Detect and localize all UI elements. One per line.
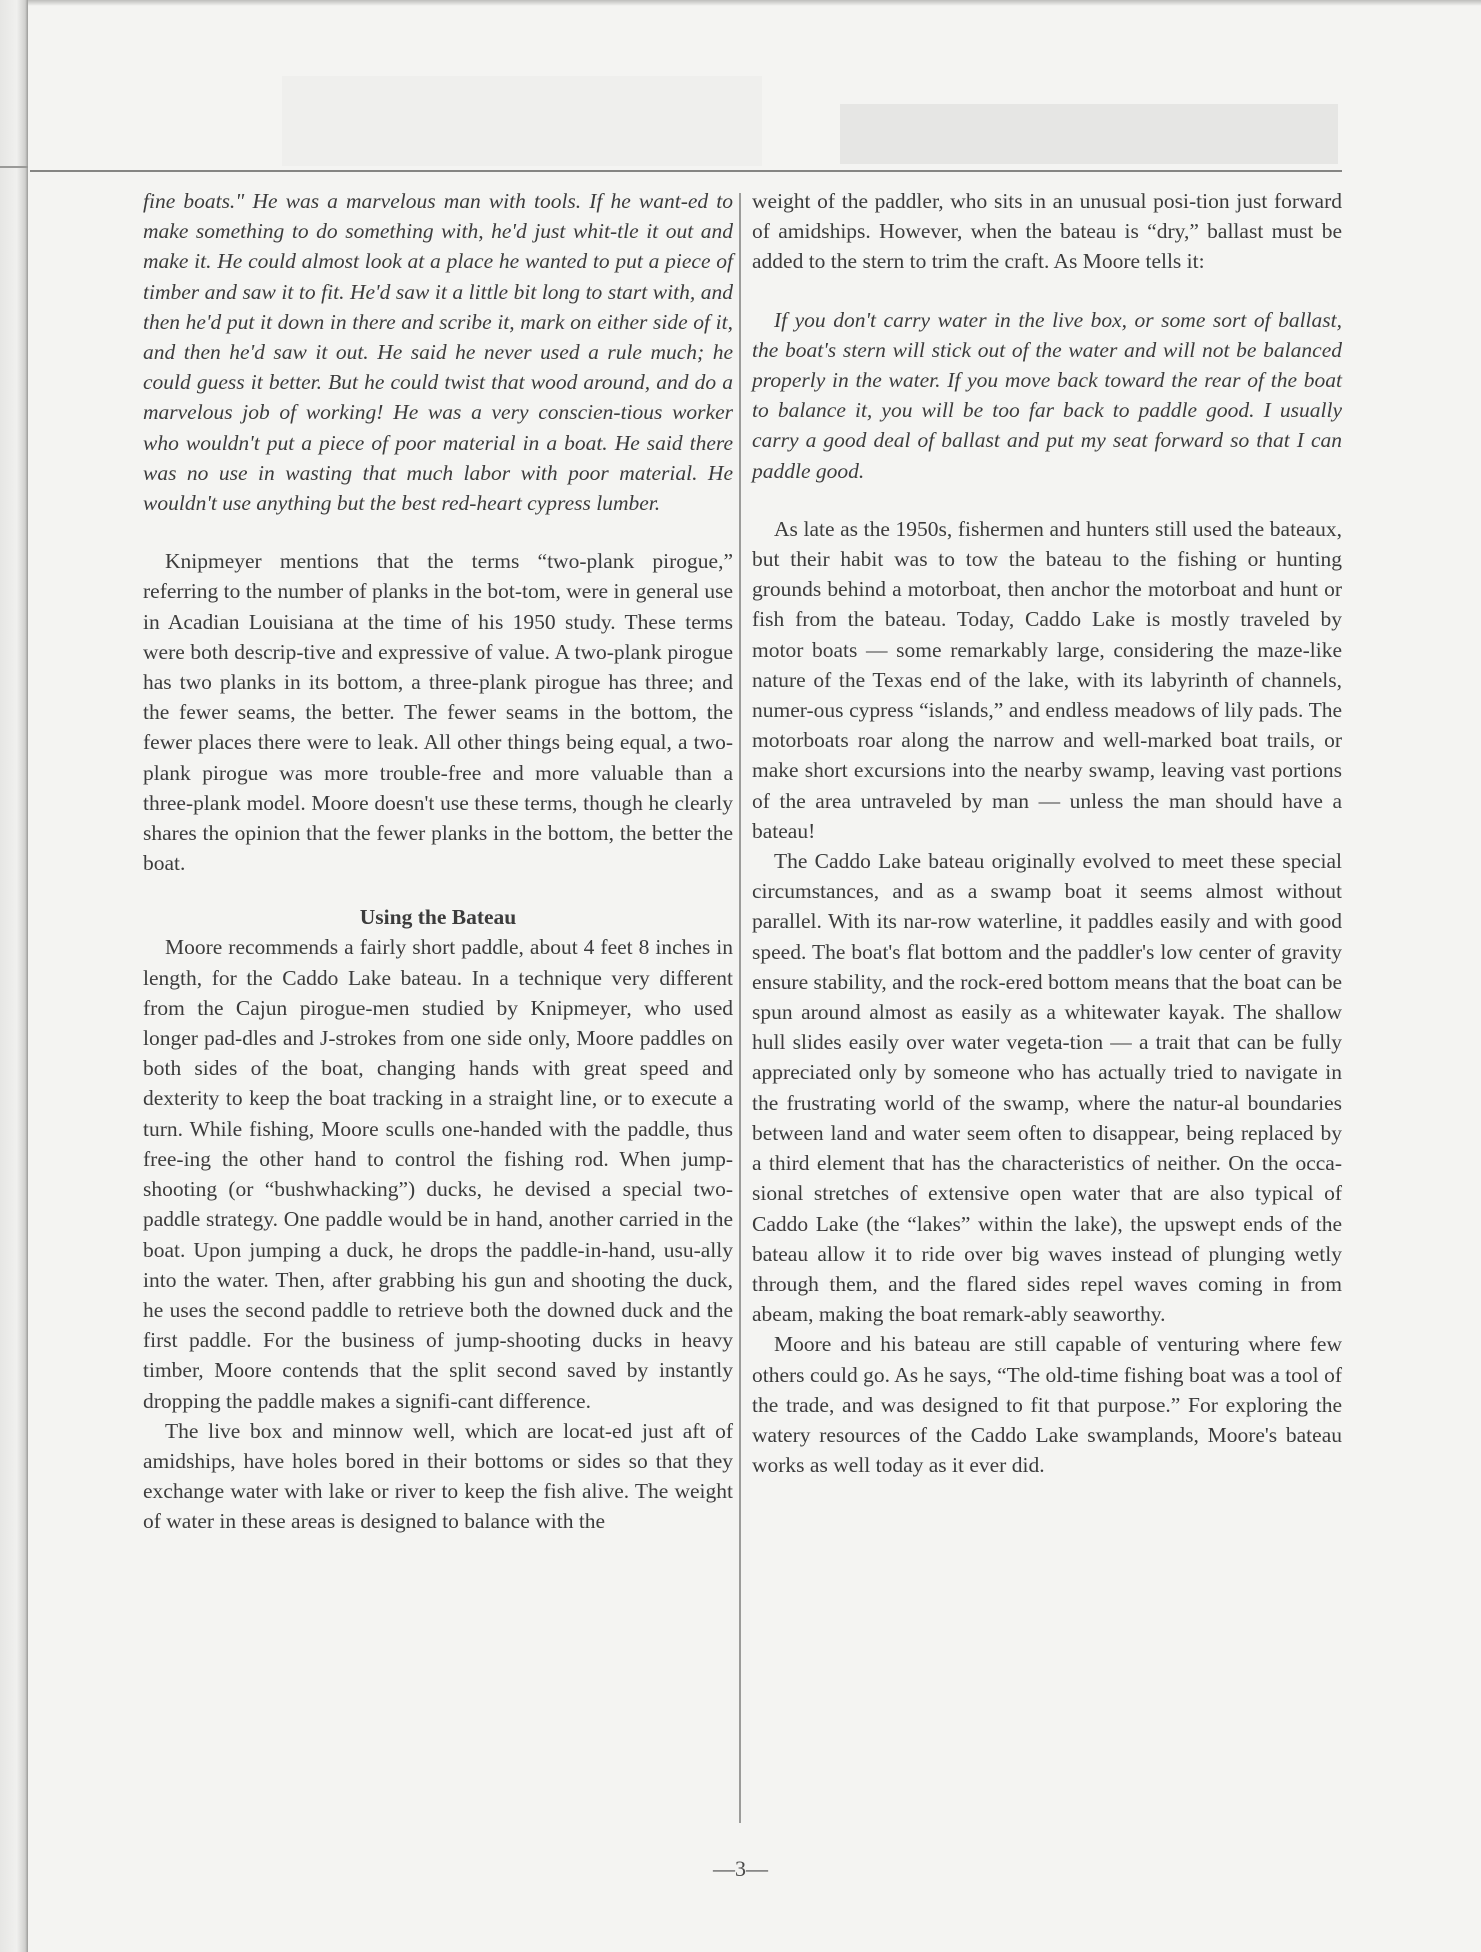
section-heading: Using the Bateau [143,902,733,932]
paragraph-livebox: The live box and minnow well, which are … [143,1416,733,1537]
paragraph-evolved: The Caddo Lake bateau originally evolved… [752,846,1342,1329]
page-number: —3— [0,1856,1481,1882]
paragraph-1950s: As late as the 1950s, fishermen and hunt… [752,514,1342,846]
left-column: fine boats." He was a marvelous man with… [143,186,733,1537]
quote-boatbuilder: fine boats." He was a marvelous man with… [143,186,733,518]
paragraph-weight: weight of the paddler, who sits in an un… [752,186,1342,277]
paragraph-paddle: Moore recommends a fairly short paddle, … [143,932,733,1415]
show-through-block [282,76,762,166]
right-column: weight of the paddler, who sits in an un… [752,186,1342,1480]
show-through-caption [840,104,1338,164]
column-divider [739,193,741,1823]
page-binding-edge [0,0,28,1952]
header-rule [30,170,1342,172]
quote-ballast: If you don't carry water in the live box… [752,305,1342,486]
scan-top-shadow [28,0,1481,6]
paragraph-venturing: Moore and his bateau are still capable o… [752,1329,1342,1480]
paragraph-knipmeyer: Knipmeyer mentions that the terms “two-p… [143,546,733,878]
